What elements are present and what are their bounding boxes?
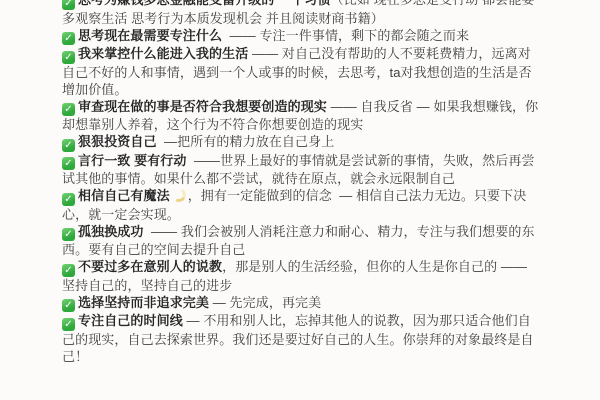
magic-sparkle-icon bbox=[170, 186, 187, 203]
list-item: ✓孤独换成功 —— 我们会被别人消耗注意力和耐心、精力，专注与我们想要的东西。要… bbox=[62, 223, 542, 259]
post-content: ✓思考为赚钱多思金融能变富升级的 一个习惯（比如 现在多思是变行动 都会能要多观… bbox=[62, 0, 542, 365]
green-checkbox-icon: ✓ bbox=[62, 32, 75, 45]
item-title: 言行一致 要有行动 bbox=[78, 153, 187, 168]
item-body: —把所有的精力放在自己身上 bbox=[157, 134, 335, 149]
green-checkbox-icon: ✓ bbox=[62, 193, 75, 206]
item-title: 专注自己的时间线 bbox=[78, 313, 183, 328]
item-title: 狠狠投资自己 bbox=[78, 134, 157, 149]
green-checkbox-icon: ✓ bbox=[62, 318, 75, 331]
item-title: 思考现在最需要专注什么 bbox=[78, 28, 222, 43]
list-item: ✓言行一致 要有行动 ——世界上最好的事情就是尝试新的事情，失败，然后再尝试其他… bbox=[62, 152, 542, 188]
green-checkbox-icon: ✓ bbox=[62, 0, 75, 10]
item-body: —— 专注一件事情，剩下的都会随之而来 bbox=[222, 28, 469, 43]
item-body: — 先完成，再完美 bbox=[209, 295, 321, 310]
list-item: ✓我来掌控什么能进入我的生活 —— 对自己没有帮助的人不要耗费精力，远离对自己不… bbox=[62, 45, 542, 98]
green-checkbox-icon: ✓ bbox=[62, 51, 75, 64]
green-checkbox-icon: ✓ bbox=[62, 264, 75, 277]
list-item: ✓不要过多在意别人的说教，那是别人的生活经验，但你的人生是你自己的 —— 坚持自… bbox=[62, 258, 542, 294]
list-item: ✓选择坚持而非追求完美 — 先完成，再完美 bbox=[62, 294, 542, 313]
list-item: ✓相信自己有魔法，拥有一定能做到的信念 — 相信自己法力无边。只要下决心，就一定… bbox=[62, 187, 542, 223]
item-title: 审查现在做的事是否符合我想要创造的现实 bbox=[78, 99, 327, 114]
green-checkbox-icon: ✓ bbox=[62, 299, 75, 312]
list-item: ✓狠狠投资自己 —把所有的精力放在自己身上 bbox=[62, 133, 542, 152]
item-title: 孤独换成功 bbox=[78, 224, 144, 239]
green-checkbox-icon: ✓ bbox=[62, 157, 75, 170]
item-title: 选择坚持而非追求完美 bbox=[78, 295, 209, 310]
list-item: ✓专注自己的时间线 — 不用和别人比，忘掉其他人的说教，因为那只适合他们自己的现… bbox=[62, 312, 542, 365]
item-title: 相信自己有魔法 bbox=[78, 188, 170, 203]
item-title: 思考为赚钱多思金融能变富升级的 一个习惯 bbox=[78, 0, 331, 7]
green-checkbox-icon: ✓ bbox=[62, 139, 75, 152]
green-checkbox-icon: ✓ bbox=[62, 103, 75, 116]
list-item: ✓思考现在最需要专注什么 —— 专注一件事情，剩下的都会随之而来 bbox=[62, 27, 542, 46]
list-item: ✓审查现在做的事是否符合我想要创造的现实 —— 自我反省 — 如果我想赚钱，你却… bbox=[62, 98, 542, 134]
item-title: 不要过多在意别人的说教 bbox=[78, 259, 222, 274]
green-checkbox-icon: ✓ bbox=[62, 228, 75, 241]
item-title: 我来掌控什么能进入我的生活 bbox=[78, 46, 248, 61]
list-item: ✓思考为赚钱多思金融能变富升级的 一个习惯（比如 现在多思是变行动 都会能要多观… bbox=[62, 0, 542, 27]
